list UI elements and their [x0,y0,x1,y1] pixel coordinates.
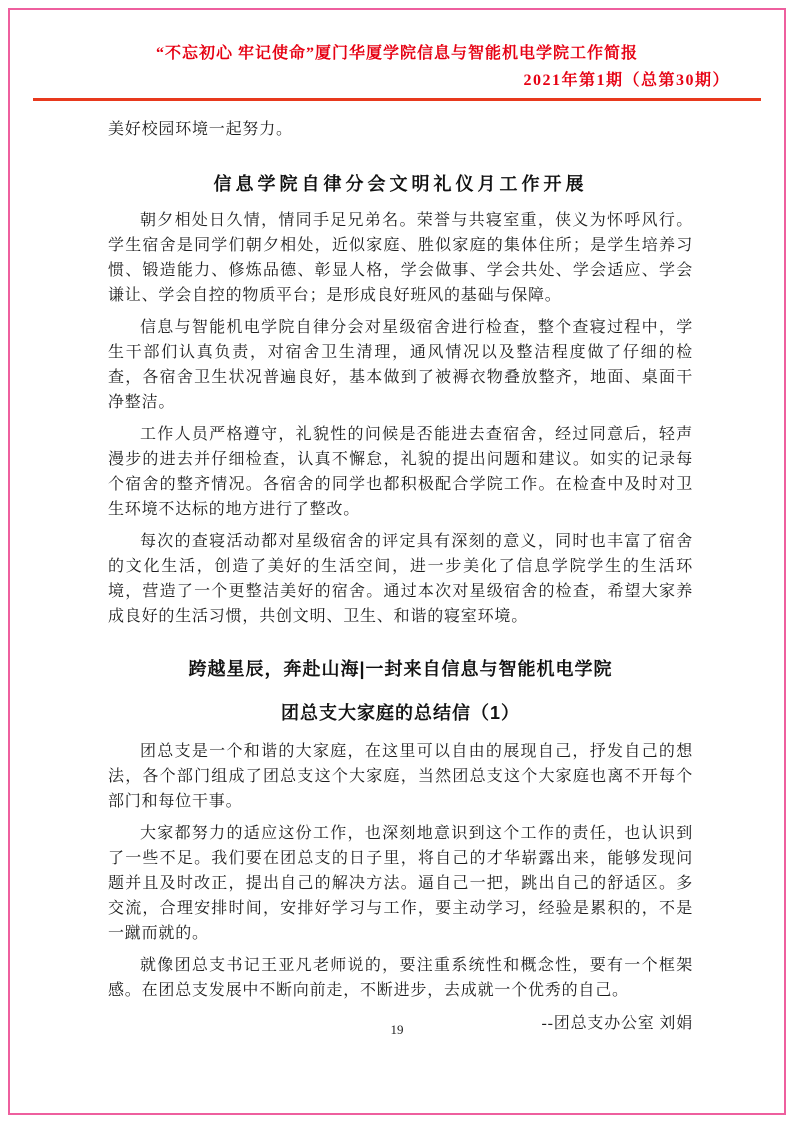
article1-paragraph-2: 信息与智能机电学院自律分会对星级宿舍进行检查，整个查寝过程中，学生干部们认真负责… [108,315,693,415]
document-body: 美好校园环境一起努力。 信息学院自律分会文明礼仪月工作开展 朝夕相处日久情，情同… [108,117,693,1036]
article1-paragraph-3: 工作人员严格遵守，礼貌性的问候是否能进去查宿舍，经过同意后，轻声漫步的进去并仔细… [108,422,693,522]
document-page: “不忘初心 牢记使命”厦门华厦学院信息与智能机电学院工作简报 2021年第1期（… [0,0,794,1036]
article2-paragraph-3: 就像团总支书记王亚凡老师说的，要注重系统性和概念性，要有一个框架感。在团总支发展… [108,953,693,1003]
article2-title-line1: 跨越星辰，奔赴山海|一封来自信息与智能机电学院 [108,657,693,681]
article2-title-line2: 团总支大家庭的总结信（1） [108,701,693,725]
article2-paragraph-2: 大家都努力的适应这份工作，也深刻地意识到这个工作的责任，也认识到了一些不足。我们… [108,821,693,946]
page-header: “不忘初心 牢记使命”厦门华厦学院信息与智能机电学院工作简报 2021年第1期（… [0,0,794,101]
header-rule [33,98,761,101]
article2-paragraph-1: 团总支是一个和谐的大家庭，在这里可以自由的展现自己，抒发自己的想法，各个部门组成… [108,739,693,814]
article1-paragraph-1: 朝夕相处日久情，情同手足兄弟名。荣誉与共寝室重，侠义为怀呼风行。学生宿舍是同学们… [108,208,693,308]
article1-title: 信息学院自律分会文明礼仪月工作开展 [108,172,693,196]
article1-paragraph-4: 每次的查寝活动都对星级宿舍的评定具有深刻的意义，同时也丰富了宿舍的文化生活，创造… [108,529,693,629]
intro-line: 美好校园环境一起努力。 [108,117,693,142]
header-title: “不忘初心 牢记使命”厦门华厦学院信息与智能机电学院工作简报 [0,44,794,64]
page-number: 19 [0,1022,794,1038]
header-issue-number: 2021年第1期（总第30期） [0,71,794,91]
